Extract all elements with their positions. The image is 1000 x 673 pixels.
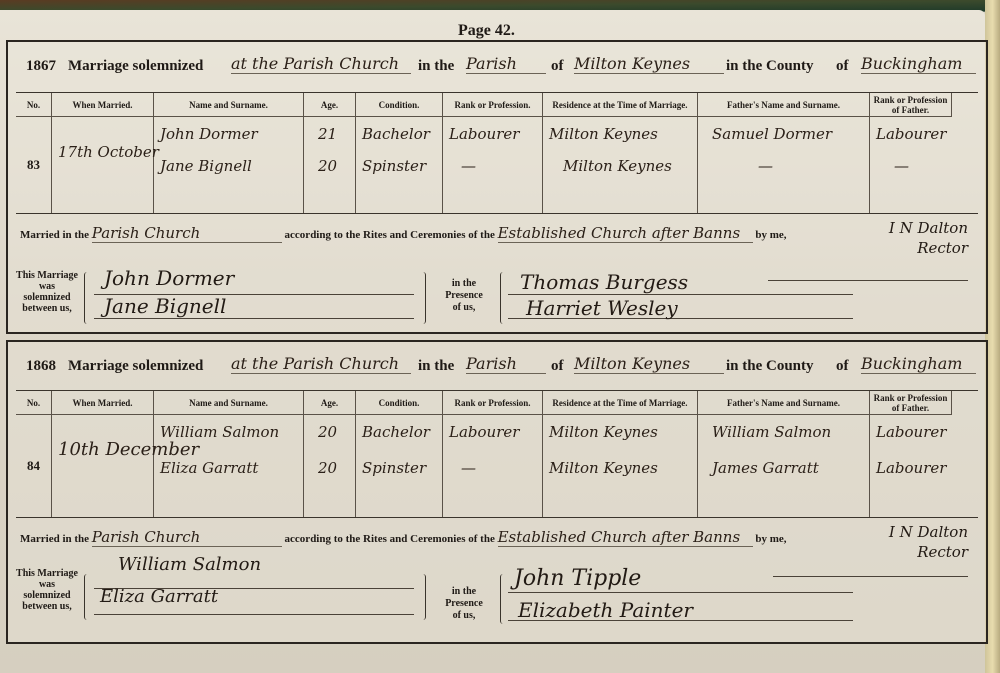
date-cell: 10th December [52, 415, 154, 517]
county-name: Buckingham [861, 354, 976, 374]
witness-2-signature: Elizabeth Painter [518, 598, 693, 622]
entry-year: 1868 [26, 358, 56, 375]
entry-title-line: 1868 Marriage solemnized at the Parish C… [26, 350, 976, 382]
marriage-entry-84: 1868 Marriage solemnized at the Parish C… [6, 340, 988, 644]
names-cell: John DormerJane Bignell [154, 117, 304, 213]
county-name: Buckingham [861, 54, 976, 74]
groom-signature: William Salmon [118, 554, 261, 575]
witness-1-signature: John Tipple [514, 566, 641, 591]
entry-table: No. When Married. Name and Surname. Age.… [16, 92, 978, 214]
married-in-line: Married in the Parish Church according t… [20, 528, 787, 547]
condition-cell: BachelorSpinster [356, 117, 443, 213]
father-name-cell: Samuel Dormer— [698, 117, 870, 213]
parish-name: Milton Keynes [574, 354, 724, 374]
parish-name: Milton Keynes [574, 54, 724, 74]
father-name-cell: William SalmonJames Garratt [698, 415, 870, 517]
names-cell: William SalmonEliza Garratt [154, 415, 304, 517]
entry-title-line: 1867 Marriage solemnized at the Parish C… [26, 50, 976, 82]
residence-cell: Milton KeynesMilton Keynes [543, 117, 698, 213]
groom-signature: John Dormer [104, 266, 234, 290]
residence-cell: Milton KeynesMilton Keynes [543, 415, 698, 517]
entry-place: at the Parish Church [231, 54, 411, 74]
entry-table: No. When Married. Name and Surname. Age.… [16, 390, 978, 518]
rank-cell: Labourer— [443, 117, 543, 213]
age-cell: 2120 [304, 117, 356, 213]
entry-year: 1867 [26, 58, 56, 75]
condition-cell: BachelorSpinster [356, 415, 443, 517]
officiant-signature: I N Dalton Rector [828, 218, 968, 258]
this-marriage-label: This Marriage was solemnized between us, [16, 270, 78, 314]
entry-place: at the Parish Church [231, 354, 411, 374]
witness-2-signature: Harriet Wesley [526, 296, 678, 320]
entry-number: 83 [16, 117, 52, 213]
witness-1-signature: Thomas Burgess [520, 270, 688, 294]
date-cell: 17th October [52, 117, 154, 213]
officiant-signature: I N Dalton Rector [828, 522, 968, 562]
age-cell: 2020 [304, 415, 356, 517]
presence-label: in the Presence of us, [436, 278, 492, 314]
bride-signature: Eliza Garratt [100, 586, 218, 607]
presence-label: in the Presence of us, [436, 586, 492, 622]
father-rank-cell: LabourerLabourer [870, 415, 952, 517]
father-rank-cell: Labourer— [870, 117, 952, 213]
entry-number: 84 [16, 415, 52, 517]
this-marriage-label: This Marriage was solemnized between us, [16, 568, 78, 612]
married-in-line: Married in the Parish Church according t… [20, 224, 787, 243]
marriage-entry-83: 1867 Marriage solemnized at the Parish C… [6, 40, 988, 334]
page-number: Page 42. [458, 22, 515, 40]
bride-signature: Jane Bignell [104, 294, 226, 318]
rank-cell: Labourer— [443, 415, 543, 517]
